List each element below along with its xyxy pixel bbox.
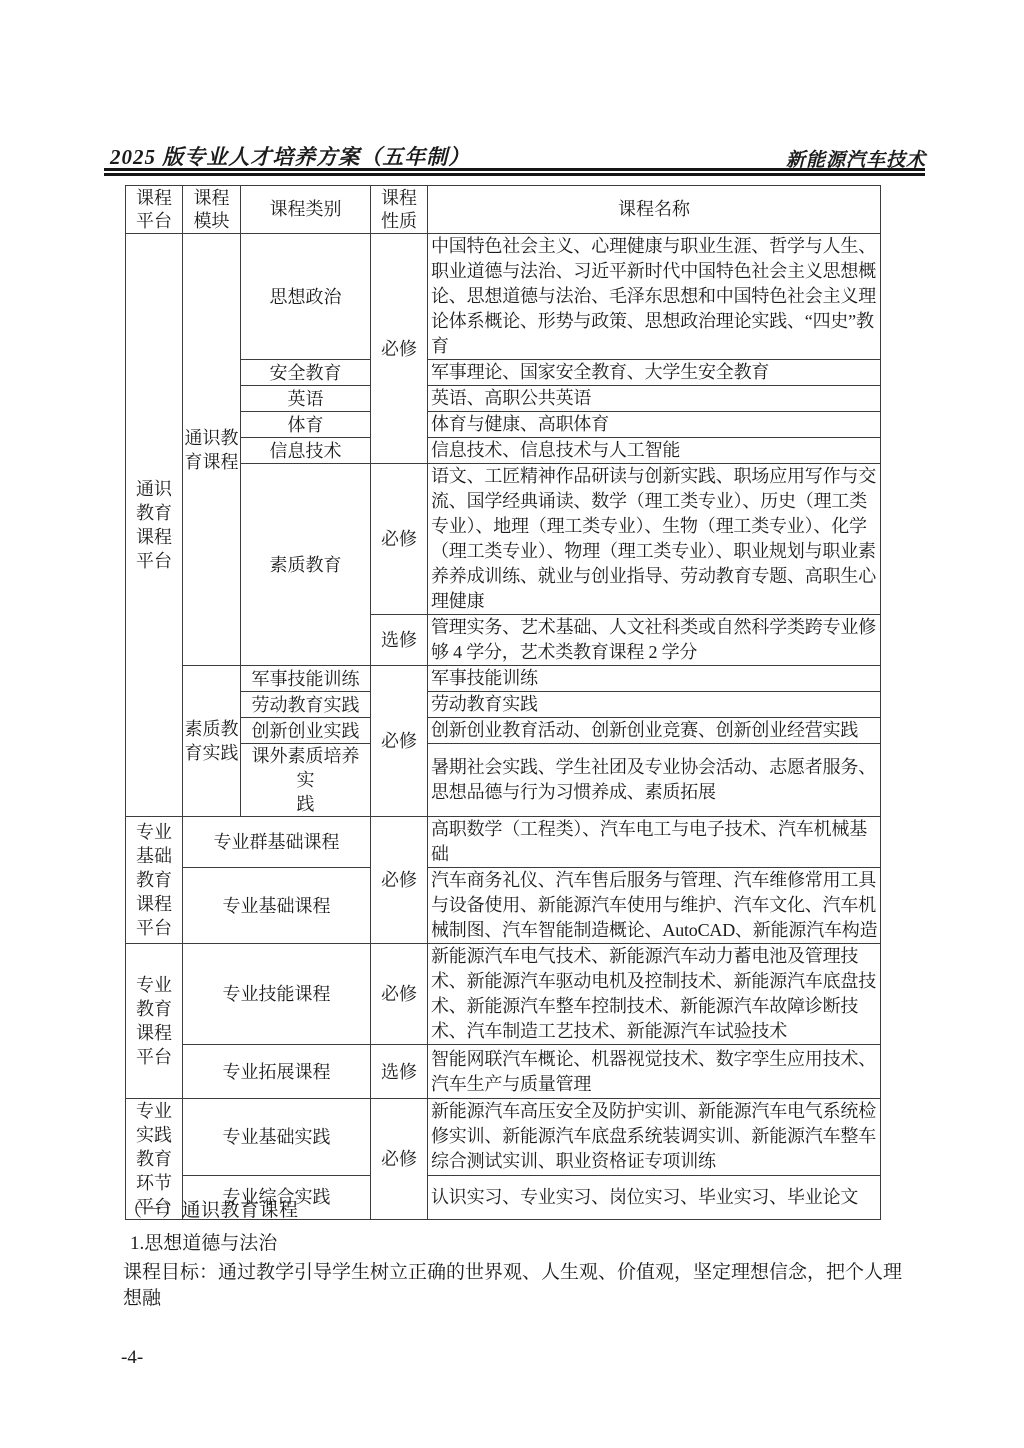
course-names: 劳动教育实践 (428, 692, 881, 718)
col-header-category: 课程类别 (241, 186, 371, 234)
course-names: 创新创业教育活动、创新创业竞赛、创新创业经营实践 (428, 718, 881, 744)
course-names: 语文、工匠精神作品研读与创新实践、职场应用写作与交流、国学经典诵读、数学（理工类… (428, 464, 881, 615)
col-header-name: 课程名称 (428, 186, 881, 234)
platform-professional-education: 专业 教育 课程 平台 (126, 944, 183, 1099)
nature-required: 必修 (371, 234, 428, 464)
course-names: 新能源汽车电气技术、新能源汽车动力蓄电池及管理技术、新能源汽车驱动电机及控制技术… (428, 944, 881, 1045)
category-military-skills: 军事技能训练 (241, 666, 371, 692)
course-names: 汽车商务礼仪、汽车售后服务与管理、汽车维修常用工具与设备使用、新能源汽车使用与维… (428, 868, 881, 944)
course-names: 新能源汽车高压安全及防护实训、新能源汽车电气系统检修实训、新能源汽车底盘系统装调… (428, 1099, 881, 1176)
document-title: 2025 版专业人才培养方案（五年制） (110, 141, 470, 171)
category-professional-group-basic: 专业群基础课程 (183, 817, 371, 868)
course-names: 高职数学（工程类）、汽车电工与电子技术、汽车机械基础 (428, 817, 881, 868)
col-header-module: 课程 模块 (183, 186, 241, 234)
category-english: 英语 (241, 386, 371, 412)
table-row: 专业 实践 教育 环节 平台 专业基础实践 必修 新能源汽车高压安全及防护实训、… (126, 1099, 881, 1176)
category-professional-skills: 专业技能课程 (183, 944, 371, 1045)
table-header-row: 课程 平台 课程 模块 课程类别 课程 性质 课程名称 (126, 186, 881, 234)
nature-required: 必修 (371, 464, 428, 615)
category-safety-education: 安全教育 (241, 360, 371, 386)
module-general-education-courses: 通识教 育课程 (183, 234, 241, 666)
course-names: 军事理论、国家安全教育、大学生安全教育 (428, 360, 881, 386)
category-information-technology: 信息技术 (241, 438, 371, 464)
header-double-rule (104, 168, 925, 176)
course-names: 体育与健康、高职体育 (428, 412, 881, 438)
category-professional-expansion: 专业拓展课程 (183, 1045, 371, 1099)
section-heading: （一）通识教育课程 (123, 1195, 299, 1222)
course-names: 管理实务、艺术基础、人文社科类或自然科学类跨专业修够 4 学分，艺术类教育课程 … (428, 615, 881, 666)
table-row: 专业 教育 课程 平台 专业技能课程 必修 新能源汽车电气技术、新能源汽车动力蓄… (126, 944, 881, 1045)
table-row: 专业 基础 教育 课程 平台 专业群基础课程 必修 高职数学（工程类）、汽车电工… (126, 817, 881, 868)
course-names: 智能网联汽车概论、机器视觉技术、数字孪生应用技术、汽车生产与质量管理 (428, 1045, 881, 1099)
course-names: 英语、高职公共英语 (428, 386, 881, 412)
course-names: 信息技术、信息技术与人工智能 (428, 438, 881, 464)
module-quality-education-practice: 素质教 育实践 (183, 666, 241, 817)
nature-required: 必修 (371, 817, 428, 944)
table-row: 通识 教育 课程 平台 通识教 育课程 思想政治 必修 中国特色社会主义、心理健… (126, 234, 881, 360)
category-quality-education: 素质教育 (241, 464, 371, 666)
document-page: 2025 版专业人才培养方案（五年制） 新能源汽车技术 课程 平台 课程 模块 … (0, 0, 1024, 1448)
category-extracurricular-quality: 课外素质培养实 践 (241, 744, 371, 817)
course-names: 认识实习、专业实习、岗位实习、毕业实习、毕业论文 (428, 1175, 881, 1219)
nature-required: 必修 (371, 666, 428, 817)
table-row: 专业拓展课程 选修 智能网联汽车概论、机器视觉技术、数字孪生应用技术、汽车生产与… (126, 1045, 881, 1099)
table-row: 专业基础课程 汽车商务礼仪、汽车售后服务与管理、汽车维修常用工具与设备使用、新能… (126, 868, 881, 944)
course-objective-paragraph: 课程目标：通过教学引导学生树立正确的世界观、人生观、价值观，坚定理想信念，把个人… (123, 1260, 918, 1312)
category-ideology-politics: 思想政治 (241, 234, 371, 360)
category-innovation-entrepreneurship: 创新创业实践 (241, 718, 371, 744)
nature-required: 必修 (371, 1099, 428, 1220)
page-number: -4- (121, 1347, 143, 1369)
category-professional-basic-practice: 专业基础实践 (183, 1099, 371, 1176)
platform-general-education: 通识 教育 课程 平台 (126, 234, 183, 817)
category-professional-basic: 专业基础课程 (183, 868, 371, 944)
course-names: 军事技能训练 (428, 666, 881, 692)
course-names: 暑期社会实践、学生社团及专业协会活动、志愿者服务、思想品德与行为习惯养成、素质拓… (428, 744, 881, 817)
nature-elective: 选修 (371, 1045, 428, 1099)
category-pe: 体育 (241, 412, 371, 438)
item-heading: 1.思想道德与法治 (130, 1228, 277, 1255)
course-names: 中国特色社会主义、心理健康与职业生涯、哲学与人生、职业道德与法治、习近平新时代中… (428, 234, 881, 360)
table-row: 素质教 育实践 军事技能训练 必修 军事技能训练 (126, 666, 881, 692)
nature-elective: 选修 (371, 615, 428, 666)
col-header-platform: 课程 平台 (126, 186, 183, 234)
nature-required: 必修 (371, 944, 428, 1045)
category-labor-education-practice: 劳动教育实践 (241, 692, 371, 718)
platform-professional-basic-education: 专业 基础 教育 课程 平台 (126, 817, 183, 944)
curriculum-table: 课程 平台 课程 模块 课程类别 课程 性质 课程名称 通识 教育 课程 平台 … (125, 185, 881, 1220)
col-header-nature: 课程 性质 (371, 186, 428, 234)
